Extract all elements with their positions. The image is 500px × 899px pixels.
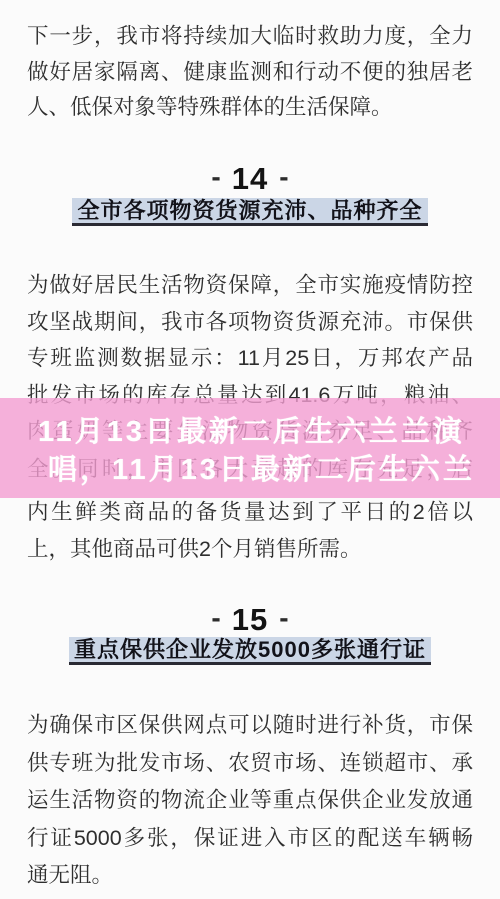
paragraph-relief-measures: 下一步，我市将持续加大临时救助力度，全力 做好居家隔离、健康监测和行动不便的独居… — [27, 19, 473, 126]
section-14-heading-row: 全市各项物资货源充沛、品种齐全 — [0, 198, 500, 226]
paragraph-line: 专班监测数据显示：11月25日，万邦农产品 — [27, 340, 473, 377]
section-dash-right: - — [279, 602, 288, 633]
section-15-header: -15- — [0, 601, 500, 639]
section-dash-left: - — [211, 161, 220, 192]
paragraph-line: 运生活物资的物流企业等重点保供企业发放通 — [27, 782, 473, 820]
section-15-heading: 重点保供企业发放5000多张通行证 — [69, 637, 431, 665]
section-15-heading-row: 重点保供企业发放5000多张通行证 — [0, 637, 500, 665]
section-14-header: -14- — [0, 160, 500, 198]
paragraph-line: 做好居家隔离、健康监测和行动不便的独居老 — [27, 55, 473, 91]
section-number: 14 — [232, 161, 268, 196]
paragraph-permits: 为确保市区保供网点可以随时进行补货，市保 供专班为批发市场、农贸市场、连锁超市、… — [27, 707, 473, 895]
paragraph-line: 人、低保对象等特殊群体的生活保障。 — [27, 90, 473, 126]
paragraph-line: 内生鲜类商品的备货量达到了平日的2倍以 — [27, 494, 473, 531]
title-overlay-band: 11月13日最新二后生六兰兰演 唱，11月13日最新二后生六兰 — [0, 398, 500, 498]
article-page: 下一步，我市将持续加大临时救助力度，全力 做好居家隔离、健康监测和行动不便的独居… — [0, 0, 500, 899]
paragraph-line: 为确保市区保供网点可以随时进行补货，市保 — [27, 707, 473, 745]
paragraph-supply-data-continued: 内生鲜类商品的备货量达到了平日的2倍以 上，其他商品可供2个月销售所需。 — [27, 494, 473, 567]
paragraph-line: 下一步，我市将持续加大临时救助力度，全力 — [27, 19, 473, 55]
section-dash-left: - — [211, 602, 220, 633]
paragraph-line: 通无阻。 — [27, 857, 473, 895]
paragraph-line: 攻坚战期间，我市各项物资货源充沛。市保供 — [27, 304, 473, 341]
section-14-heading: 全市各项物资货源充沛、品种齐全 — [72, 198, 427, 226]
paragraph-supply-data: 为做好居民生活物资保障，全市实施疫情防控 攻坚战期间，我市各项物资货源充沛。市保… — [27, 267, 473, 413]
paragraph-line: 上，其他商品可供2个月销售所需。 — [27, 531, 473, 568]
overlay-title-line: 11月13日最新二后生六兰兰演 — [38, 413, 500, 451]
section-number: 15 — [232, 602, 268, 637]
overlay-title-line: 唱，11月13日最新二后生六兰 — [38, 451, 500, 489]
paragraph-line: 行证5000多张，保证进入市区的配送车辆畅 — [27, 820, 473, 858]
section-dash-right: - — [279, 161, 288, 192]
paragraph-line: 为做好居民生活物资保障，全市实施疫情防控 — [27, 267, 473, 304]
paragraph-line: 供专班为批发市场、农贸市场、连锁超市、承 — [27, 745, 473, 783]
